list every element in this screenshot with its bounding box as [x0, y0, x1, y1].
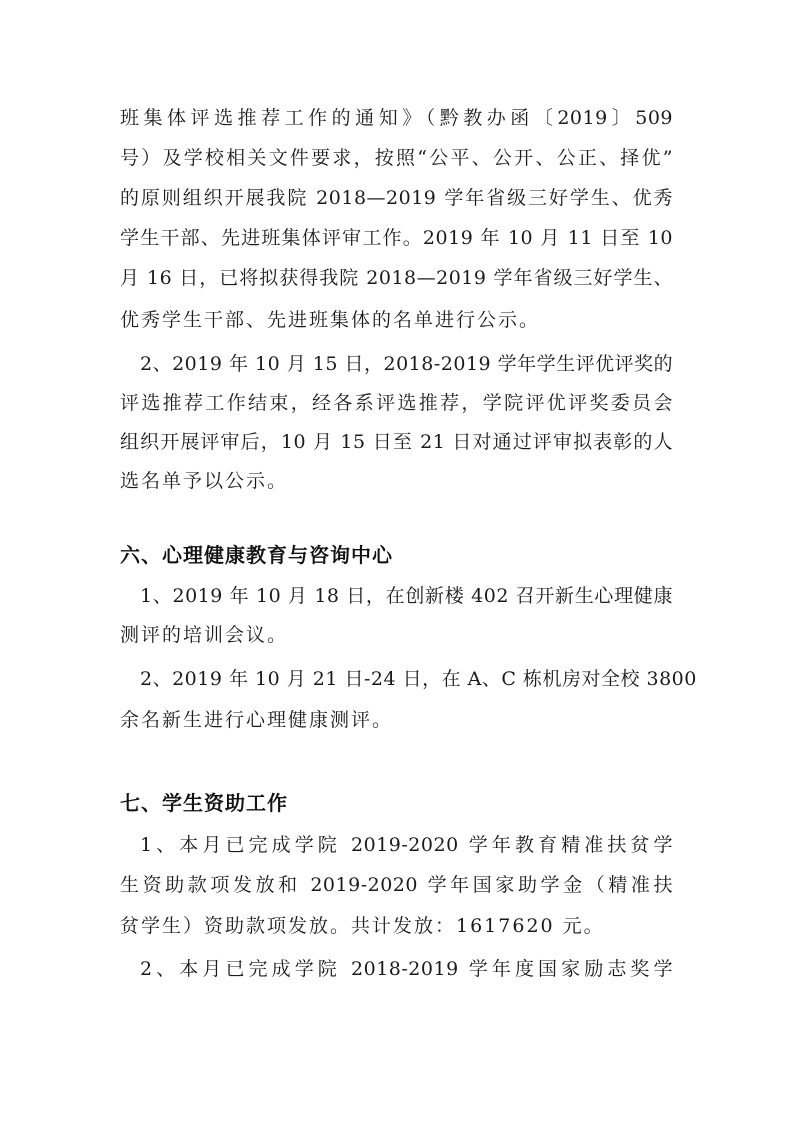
paragraph-line: 优秀学生干部、先进班集体的名单进行公示。 [120, 308, 673, 332]
paragraph-line: 学生干部、先进班集体评审工作。2019 年 10 月 11 日至 10 [120, 226, 673, 250]
paragraph-line: 测评的培训会议。 [120, 623, 673, 647]
paragraph-line: 选名单予以公示。 [120, 469, 673, 493]
paragraph-line: 评选推荐工作结束，经各系评选推荐，学院评优评奖委员会 [120, 391, 673, 415]
section-heading: 六、心理健康教育与咨询中心 [120, 542, 393, 568]
paragraph-line: 2、2019 年 10 月 15 日，2018-2019 学年学生评优评奖的 [140, 352, 673, 376]
paragraph-line: 1、2019 年 10 月 18 日，在创新楼 402 召开新生心理健康 [140, 584, 673, 608]
paragraph-line: 1、本月已完成学院 2019-2020 学年教育精准扶贫学 [140, 833, 673, 857]
paragraph-line: 2、2019 年 10 月 21 日-24 日，在 A、C 栋机房对全校 380… [140, 667, 673, 691]
paragraph-line: 2、本月已完成学院 2018-2019 学年度国家励志奖学 [140, 957, 673, 981]
paragraph-line: 生资助款项发放和 2019-2020 学年国家助学金（精准扶 [120, 873, 673, 897]
paragraph-line: 贫学生）资助款项发放。共计发放：1617620 元。 [120, 914, 673, 938]
paragraph-line: 月 16 日，已将拟获得我院 2018—2019 学年省级三好学生、 [120, 266, 673, 290]
paragraph-line: 的原则组织开展我院 2018—2019 学年省级三好学生、优秀 [120, 186, 673, 210]
paragraph-line: 余名新生进行心理健康测评。 [120, 708, 673, 732]
section-heading: 七、学生资助工作 [120, 790, 288, 816]
paragraph-line: 号）及学校相关文件要求，按照“公平、公开、公正、择优” [120, 146, 673, 170]
paragraph-line: 组织开展评审后，10 月 15 日至 21 日对通过评审拟表彰的人 [120, 430, 673, 454]
document-page: 班集体评选推荐工作的通知》（黔教办函〔2019〕509 号）及学校相关文件要求，… [0, 0, 793, 1122]
paragraph-line: 班集体评选推荐工作的通知》（黔教办函〔2019〕509 [120, 106, 673, 130]
